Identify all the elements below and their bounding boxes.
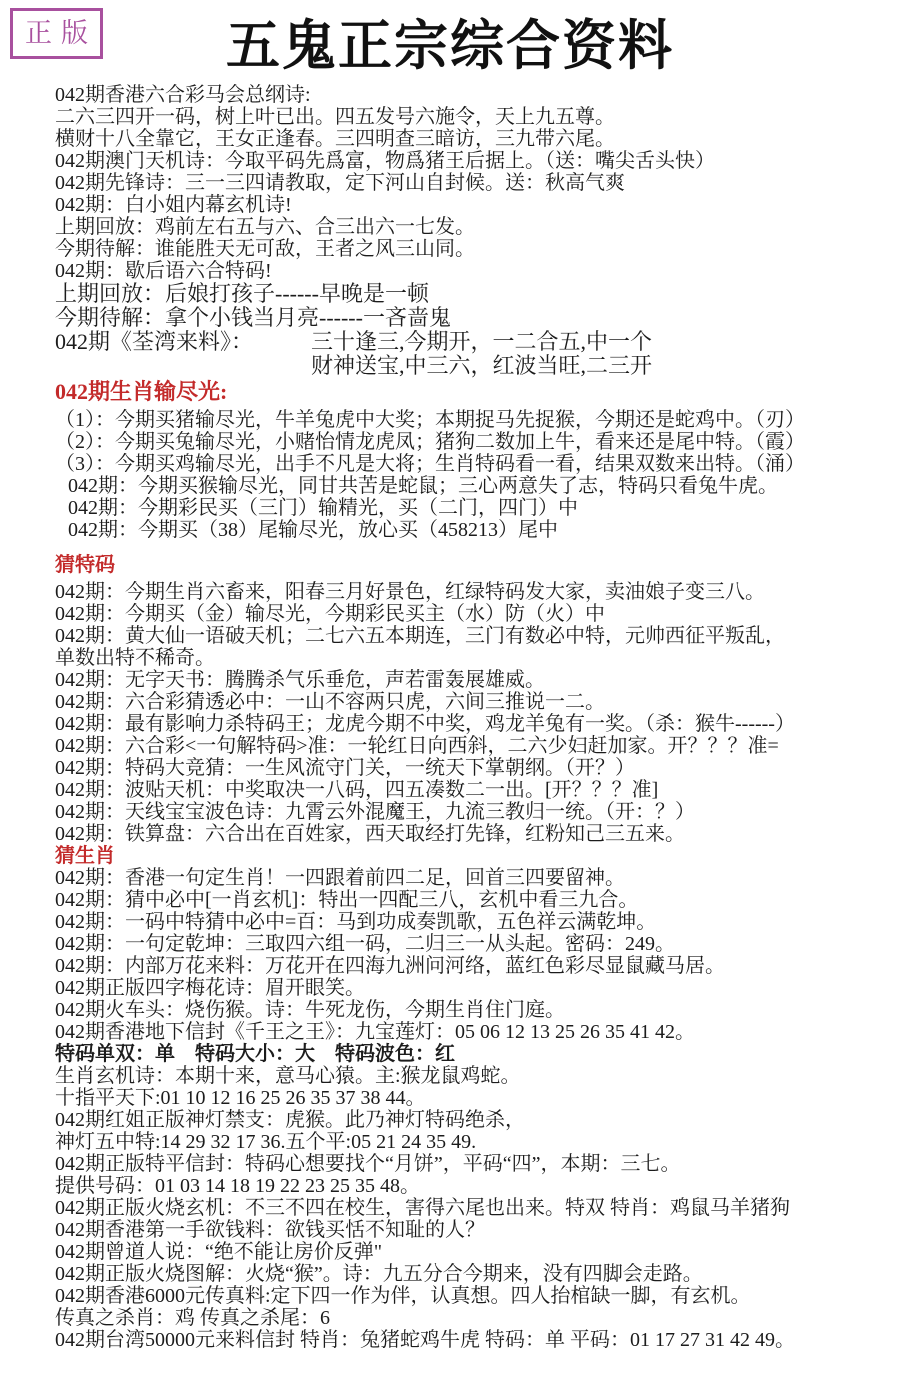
text-line: 042期：特码大竞猜：一生风流守门关，一统天下掌朝纲。（开？） (55, 757, 894, 779)
text-line: 042期红姐正版神灯禁支：虎猴。此乃神灯特码绝杀， (55, 1109, 894, 1131)
text-line: 042期：香港一句定生肖！一四跟着前四二足，回首三四要留神。 (55, 867, 894, 889)
text-line: 042期先锋诗：三一三四请教取，定下河山自封候。送：秋高气爽 (55, 172, 894, 194)
text-line: 神灯五中特:14 29 32 17 36.五个平:05 21 24 35 49. (55, 1131, 894, 1153)
lottery-info-sheet: 正版 五鬼正宗综合资料 042期香港六合彩马会总纲诗:二六三四开一码，树上叶已出… (0, 0, 900, 1384)
text-line: 042期：波贴天机：中奖取决一八码，四五凑数二一出。[开？？？准] (55, 779, 894, 801)
content-area: 042期香港六合彩马会总纲诗:二六三四开一码，树上叶已出。四五发号六施令，天上九… (55, 84, 894, 1351)
text-line: 042期香港6000元传真料:定下四一作为伴，认真想。四人抬棺缺一脚，有玄机。 (55, 1285, 894, 1307)
text-line: （2）：今期买兔输尽光，小赌怡情龙虎凤；猪狗二数加上牛，看来还是尾中特。（霞） (55, 431, 894, 453)
split-line-value: 三十逢三,今期开，一二合五,中一个 (311, 330, 652, 354)
text-line: 042期：最有影响力杀特码王；龙虎今期不中奖，鸡龙羊兔有一奖。（杀：猴牛----… (55, 713, 894, 735)
text-line: 042期：六合彩<一句解特码>准：一轮红日向西斜，二六少妇赶加家。开？？？准= (55, 735, 894, 757)
text-line: 今期待解：谁能胜天无可敌，王者之风三山同。 (55, 238, 894, 260)
text-line: 042期：一码中特猜中必中=百：马到功成奏凯歌，五色祥云满乾坤。 (55, 911, 894, 933)
text-line: 042期正版火烧玄机：不三不四在校生，害得六尾也出来。特双 特肖：鸡鼠马羊猪狗 (55, 1197, 894, 1219)
text-line: 042期：今期彩民买（三门）输精光，买（二门，四门）中 (55, 497, 894, 519)
text-line: 单数出特不稀奇。 (55, 647, 894, 669)
text-line: 042期：一句定乾坤：三取四六组一码，二归三一从头起。密码：249。 (55, 933, 894, 955)
text-line: 042期：歇后语六合特码! (55, 260, 894, 282)
authentic-badge: 正版 (10, 8, 103, 59)
text-line: 042期：六合彩猜透必中：一山不容两只虎，六间三推说一二。 (55, 691, 894, 713)
split-line-value: 财神送宝,中三六，红波当旺,二三开 (311, 354, 652, 378)
text-line: 特码单双：单 特码大小：大 特码波色：红 (55, 1043, 894, 1065)
text-line: 今期待解：拿个小钱当月亮------一吝啬鬼 (55, 306, 894, 330)
text-line: 传真之杀肖：鸡 传真之杀尾：6 (55, 1307, 894, 1329)
text-line: 042期香港地下信封《千王之王》：九宝莲灯：05 06 12 13 25 26 … (55, 1021, 894, 1043)
text-line: 十指平天下:01 10 12 16 25 26 35 37 38 44。 (55, 1087, 894, 1109)
text-line: 042期：白小姐内幕玄机诗! (55, 194, 894, 216)
text-line: 提供号码：01 03 14 18 19 22 23 25 35 48。 (55, 1175, 894, 1197)
text-line: 上期回放：后娘打孩子------早晚是一顿 (55, 282, 894, 306)
split-line-label: 042期《荃湾来料》： (55, 330, 253, 354)
text-line: （3）：今期买鸡输尽光，出手不凡是大将；生肖特码看一看，结果双数来出特。（涌） (55, 453, 894, 475)
text-line: 二六三四开一码，树上叶已出。四五发号六施令，天上九五尊。 (55, 106, 894, 128)
text-line: 横财十八全靠它，王女正逢春。三四明查三暗访，三九带六尾。 (55, 128, 894, 150)
text-line: 上期回放：鸡前左右五与六、合三出六一七发。 (55, 216, 894, 238)
text-line: 042期：今期买（金）输尽光，今期彩民买主（水）防（火）中 (55, 603, 894, 625)
text-line: 042期火车头：烧伤猴。诗：牛死龙伤，今期生肖住门庭。 (55, 999, 894, 1021)
text-line: 042期：无字天书：腾腾杀气乐垂危，声若雷轰展雄威。 (55, 669, 894, 691)
text-line: 042期：今期生肖六畜来，阳春三月好景色，红绿特码发大家，卖油娘子变三八。 (55, 581, 894, 603)
split-line: 042期《荃湾来料》：三十逢三,今期开，一二合五,中一个财神送宝,中三六，红波当… (55, 330, 894, 378)
text-line: 042期香港六合彩马会总纲诗: (55, 84, 894, 106)
text-line: 042期：天线宝宝波色诗：九霄云外混魔王，九流三教归一统。（开：？） (55, 801, 894, 823)
split-line-values: 三十逢三,今期开，一二合五,中一个财神送宝,中三六，红波当旺,二三开 (311, 330, 652, 378)
section-heading: 猜生肖 (55, 845, 894, 867)
text-line: 042期澳门天机诗：今取平码先爲富，物爲猪王后据上。（送：嘴尖舌头快） (55, 150, 894, 172)
text-line: 042期：今期买（38）尾输尽光，放心买（458213）尾中 (55, 519, 894, 541)
text-line: 042期：猜中必中[一肖玄机]：特出一四配三八，玄机中看三九合。 (55, 889, 894, 911)
section-heading: 猜特码 (55, 554, 894, 576)
text-line: 042期曾道人说：“绝不能让房价反弹" (55, 1241, 894, 1263)
text-line: 042期：黄大仙一语破天机；二七六五本期连，三门有数必中特，元帅西征平叛乱， (55, 625, 894, 647)
text-line: 042期正版特平信封：特码心想要找个“月饼”，平码“四”，本期：三七。 (55, 1153, 894, 1175)
text-line: 042期：今期买猴输尽光，同甘共苦是蛇鼠；三心两意失了志，特码只看兔牛虎。 (55, 475, 894, 497)
text-line: 042期：铁算盘：六合出在百姓家，西天取经打先锋，红粉知己三五来。 (55, 823, 894, 845)
text-line: 042期正版火烧图解：火烧“猴”。诗：九五分合今期来，没有四脚会走路。 (55, 1263, 894, 1285)
text-line: 042期：内部万花来料：万花开在四海九洲问河络，蓝红色彩尽显鼠藏马居。 (55, 955, 894, 977)
text-line: （1）：今期买猪输尽光，牛羊兔虎中大奖；本期捉马先捉猴，今期还是蛇鸡中。（刃） (55, 409, 894, 431)
text-line: 042期台湾50000元来料信封 特肖：兔猪蛇鸡牛虎 特码：单 平码：01 17… (55, 1329, 894, 1351)
page-title: 五鬼正宗综合资料 (0, 0, 900, 76)
section-heading: 042期生肖输尽光: (55, 380, 894, 404)
text-line: 042期香港第一手欲钱料：欲钱买恬不知耻的人？ (55, 1219, 894, 1241)
text-line: 生肖玄机诗：本期十来，意马心猿。主:猴龙鼠鸡蛇。 (55, 1065, 894, 1087)
text-line: 042期正版四字梅花诗：眉开眼笑。 (55, 977, 894, 999)
